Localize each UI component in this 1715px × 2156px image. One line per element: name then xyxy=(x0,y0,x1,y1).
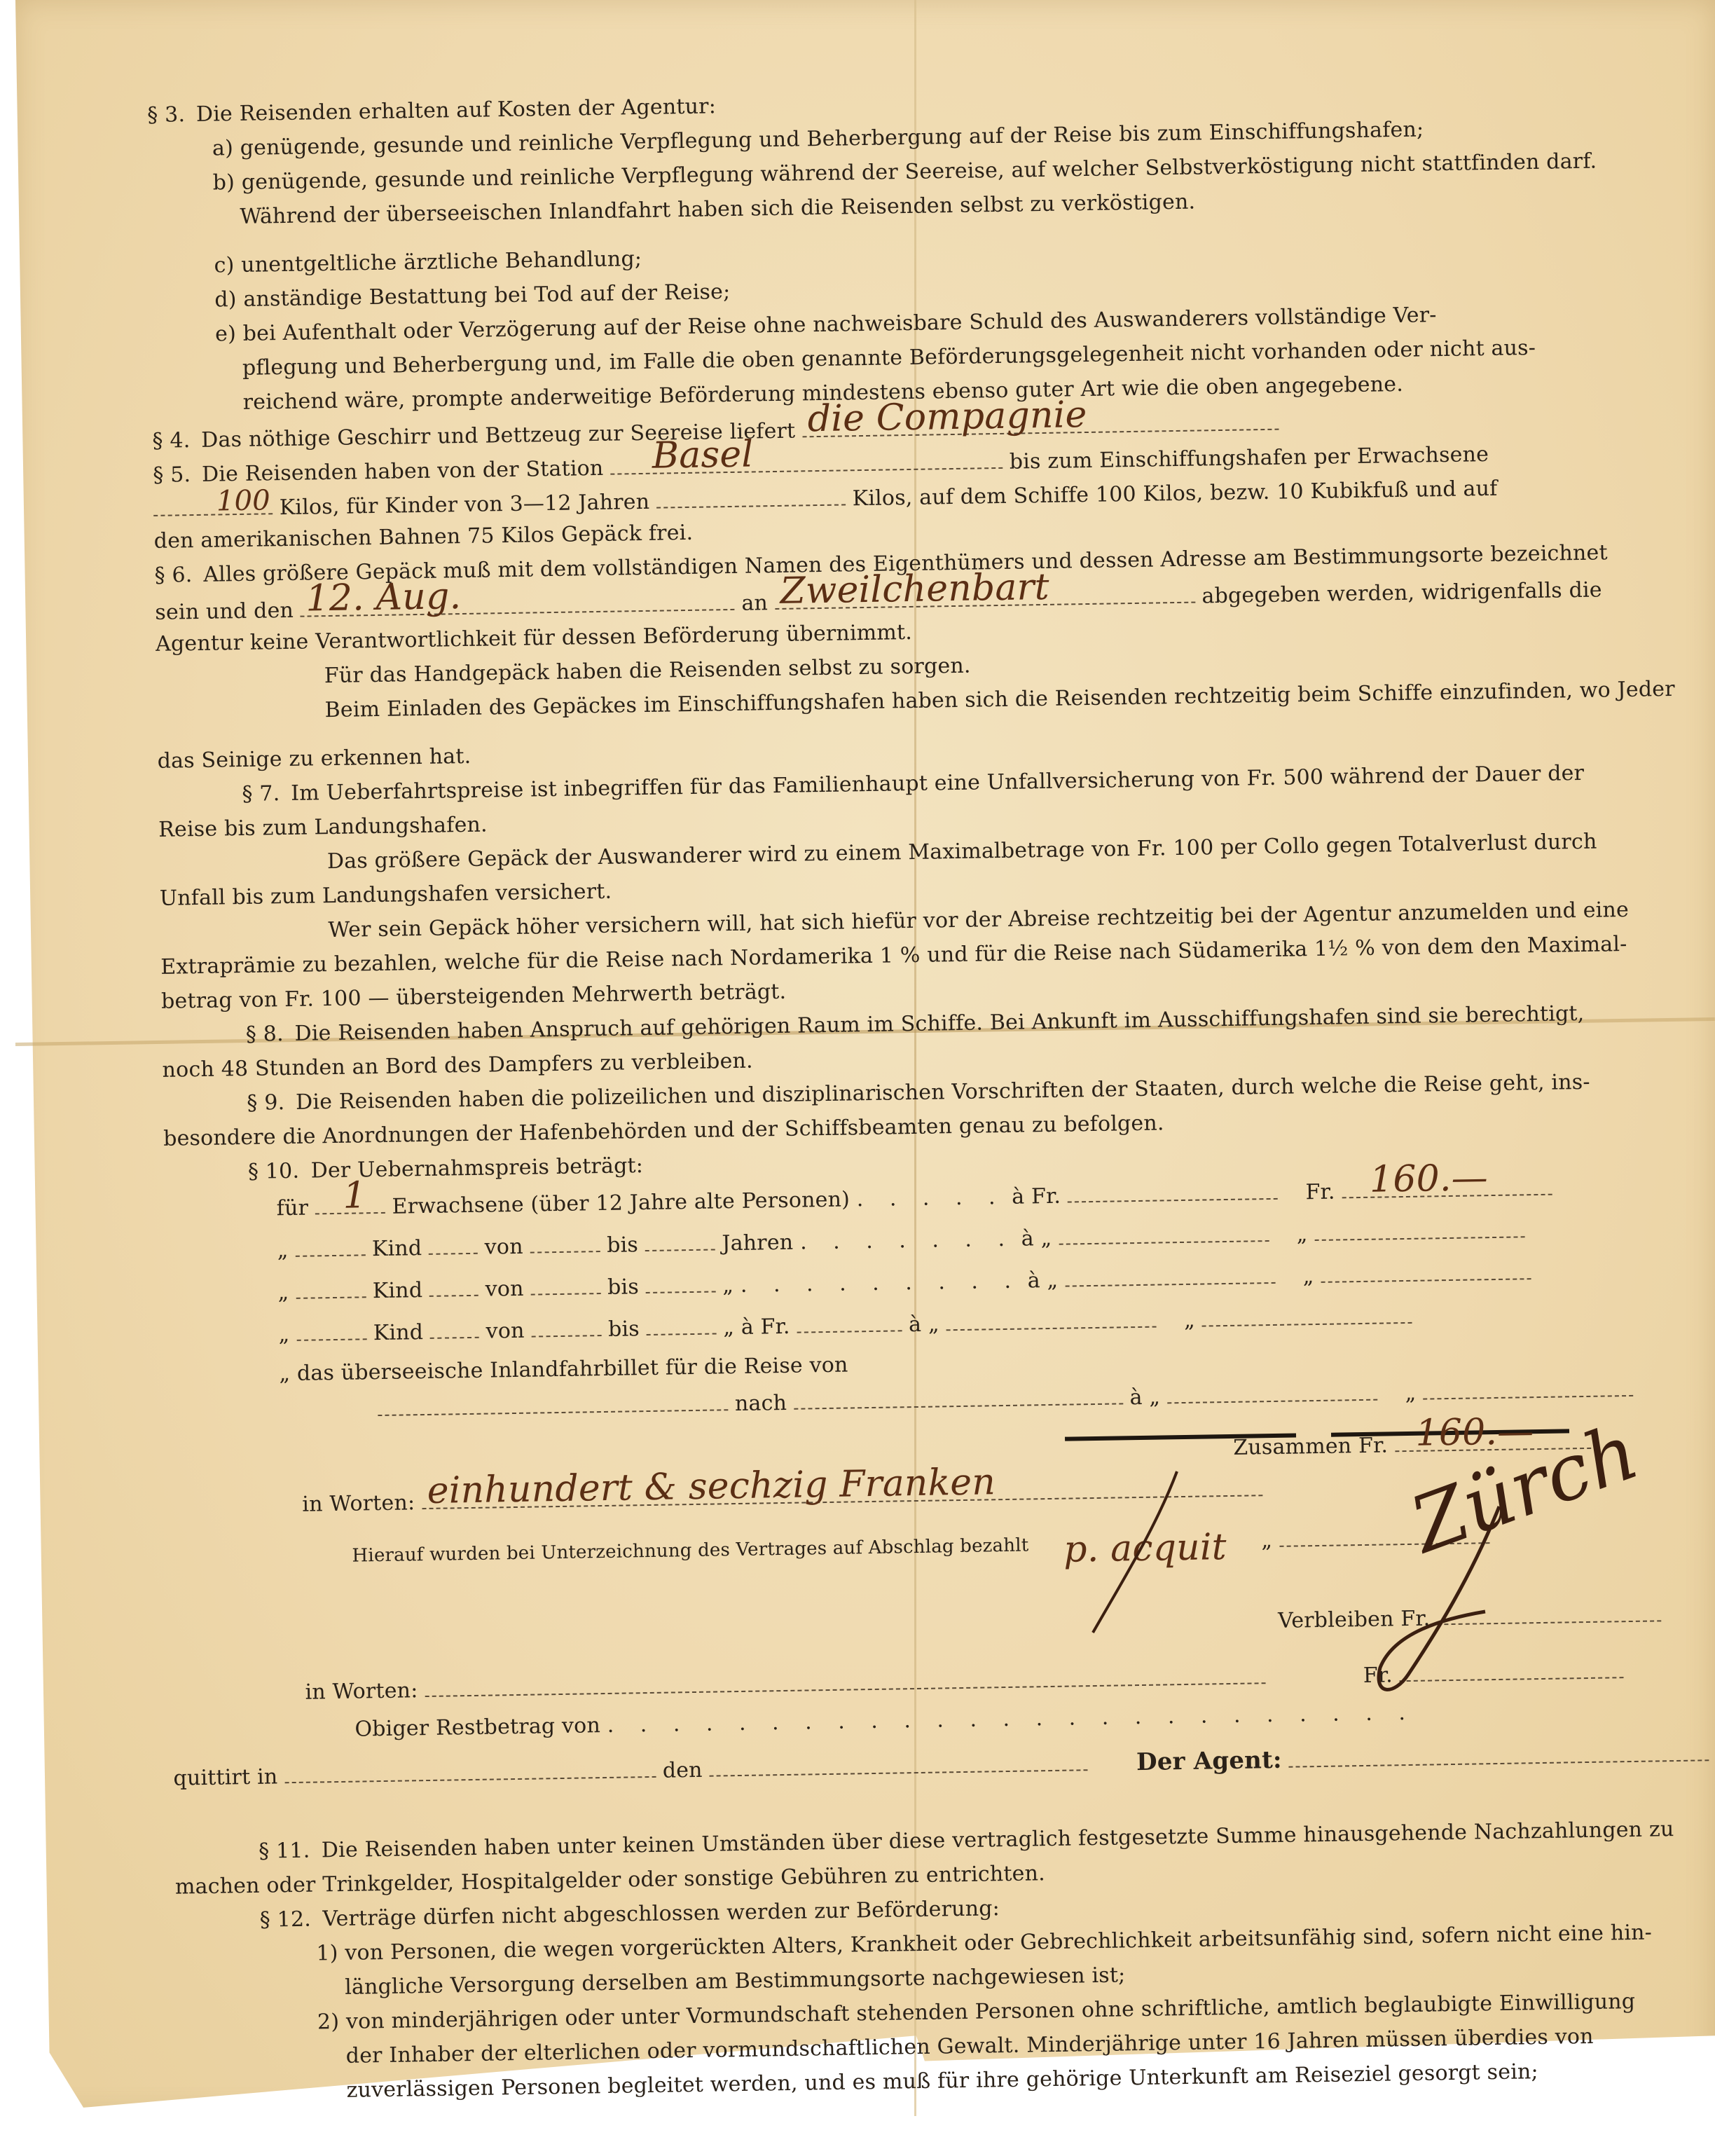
child-age-to-field[interactable] xyxy=(646,1314,716,1336)
handwritten-date: 12. Aug. xyxy=(305,578,461,617)
unit-price-prefix: à „ xyxy=(1129,1385,1160,1410)
total-prefix: „ xyxy=(1405,1381,1416,1406)
child-age-from-field[interactable] xyxy=(530,1275,600,1296)
leader-dots: . . . . . . . xyxy=(800,1227,1014,1255)
handwritten-adult-count: 1 xyxy=(343,1177,366,1214)
handwritten-adult-kilos: 100 xyxy=(216,486,271,515)
baggage-date-field[interactable]: 12. Aug. xyxy=(300,591,734,617)
unit-price-prefix: à „ xyxy=(1027,1268,1058,1293)
child-count-field[interactable] xyxy=(295,1236,365,1257)
row-label: Erwachsene (über 12 Jahre alte Personen) xyxy=(392,1187,850,1218)
row-label: Kind xyxy=(373,1278,423,1303)
inland-to-field[interactable] xyxy=(794,1385,1123,1409)
row-label: Jahren xyxy=(722,1230,793,1256)
total-prefix: „ xyxy=(1184,1308,1195,1333)
section-number: § 9. xyxy=(247,1092,289,1114)
total-prefix: „ xyxy=(1302,1264,1314,1289)
child-unit-price-field[interactable] xyxy=(946,1308,1156,1331)
child-age-to-field[interactable] xyxy=(645,1272,715,1293)
in-words-label: in Worten: xyxy=(305,1678,418,1705)
section-text: an xyxy=(741,591,768,616)
child-kind-field[interactable] xyxy=(429,1277,478,1297)
row-label: bis xyxy=(607,1275,639,1300)
section-number: § 7. xyxy=(242,783,284,805)
adult-unit-price-field[interactable] xyxy=(1068,1180,1278,1203)
unit-price-prefix: à Fr. xyxy=(1012,1184,1061,1209)
child-age-from-field[interactable] xyxy=(531,1317,601,1338)
row-prefix: „ xyxy=(278,1322,289,1347)
child-count-field[interactable] xyxy=(296,1320,366,1341)
section-number: § 6. xyxy=(154,565,196,586)
section-number: § 4. xyxy=(152,430,194,452)
row-label: von xyxy=(484,1235,523,1260)
child-total-field[interactable] xyxy=(1314,1218,1524,1241)
section-number: § 11. xyxy=(259,1841,315,1862)
row-prefix: „ xyxy=(279,1361,290,1386)
adult-kilos-field[interactable]: 100 xyxy=(153,495,273,516)
row-prefix: für xyxy=(276,1196,308,1221)
row-prefix: „ xyxy=(277,1238,288,1263)
inland-unit-price-field[interactable] xyxy=(1167,1381,1377,1404)
unit-price-prefix: à „ xyxy=(909,1312,939,1337)
deposit-text: Hierauf wurden bei Unterzeichnung des Ve… xyxy=(352,1534,1028,1566)
child-age-from-field[interactable] xyxy=(530,1233,600,1254)
row-label: nach xyxy=(735,1391,787,1416)
total-prefix: „ xyxy=(1296,1222,1307,1247)
section-text: sein und den xyxy=(155,598,294,625)
total-prefix: Fr. xyxy=(1305,1180,1335,1205)
section-number: § 5. xyxy=(153,465,195,486)
handwritten-in-words: einhundert & sechzig Franken xyxy=(427,1464,996,1509)
receipt-place-label: quittirt in xyxy=(173,1764,277,1790)
in-words-label: in Worten: xyxy=(302,1490,415,1517)
receipt-date-label: den xyxy=(663,1758,703,1783)
unit-price-prefix: à „ xyxy=(1021,1226,1052,1251)
section-text: abgegeben werden, widrigenfalls die xyxy=(1201,577,1602,608)
acquit-stroke-icon xyxy=(1072,1457,1212,1640)
handwritten-adult-total: 160.— xyxy=(1370,1160,1489,1198)
child-unit-price-field[interactable] xyxy=(1065,1264,1275,1287)
child-fare-field[interactable] xyxy=(797,1312,902,1333)
sum-label: Zusammen xyxy=(1233,1434,1352,1460)
row-label: von xyxy=(485,1277,523,1302)
leader-dots: . . . . . . . . . xyxy=(741,1269,1021,1298)
row-label: bis xyxy=(607,1233,638,1258)
section-number: § 3. xyxy=(147,104,189,126)
baggage-recipient-field[interactable]: Zweilchenbart xyxy=(775,584,1195,610)
row-label: von xyxy=(485,1319,524,1344)
supplier-field[interactable]: die Compagnie xyxy=(802,411,1279,438)
signature-flourish-icon xyxy=(1331,1492,1513,1703)
child-kind-field[interactable] xyxy=(430,1319,479,1339)
row-label: Kind xyxy=(373,1320,424,1345)
child-kind-field[interactable] xyxy=(429,1235,478,1255)
child-age-to-field[interactable] xyxy=(645,1230,715,1251)
deposit-prefix: „ xyxy=(1261,1528,1272,1553)
section-number: § 10. xyxy=(248,1161,304,1183)
row-label: bis xyxy=(608,1317,640,1342)
child-total-field[interactable] xyxy=(1201,1304,1412,1327)
child-unit-price-field[interactable] xyxy=(1059,1222,1269,1245)
row-prefix: „ xyxy=(277,1280,289,1305)
agent-label: Der Agent: xyxy=(1136,1746,1282,1776)
section-number: § 8. xyxy=(246,1024,288,1045)
row-label: „ xyxy=(722,1273,733,1298)
handwritten-recipient: Zweilchenbart xyxy=(780,569,1049,610)
station-field[interactable]: Basel xyxy=(610,449,1003,475)
child-count-field[interactable] xyxy=(296,1278,366,1299)
sum-prefix: Fr. xyxy=(1358,1433,1389,1458)
leader-dots: . . . . . xyxy=(856,1185,1005,1211)
row-label: „ à Fr. xyxy=(723,1314,790,1340)
rest-label: Obiger Restbetrag von xyxy=(354,1713,600,1742)
section-text: Die Reisenden haben von der Station xyxy=(202,456,604,487)
handwritten-supplier: die Compagnie xyxy=(807,397,1087,437)
inland-total-field[interactable] xyxy=(1423,1377,1633,1400)
child-kilos-field[interactable] xyxy=(656,486,846,508)
section-number: § 12. xyxy=(259,1909,315,1931)
contract-text: § 3. Die Reisenden erhalten auf Kosten d… xyxy=(147,82,1671,2117)
child-total-field[interactable] xyxy=(1321,1260,1531,1283)
handwritten-station: Basel xyxy=(652,436,753,474)
adult-count-field[interactable]: 1 xyxy=(315,1194,385,1215)
row-label: Kind xyxy=(372,1236,422,1261)
adult-total-field[interactable]: 160.— xyxy=(1342,1176,1552,1199)
section-text: Kilos, für Kinder von 3—12 Jahren xyxy=(280,490,650,520)
